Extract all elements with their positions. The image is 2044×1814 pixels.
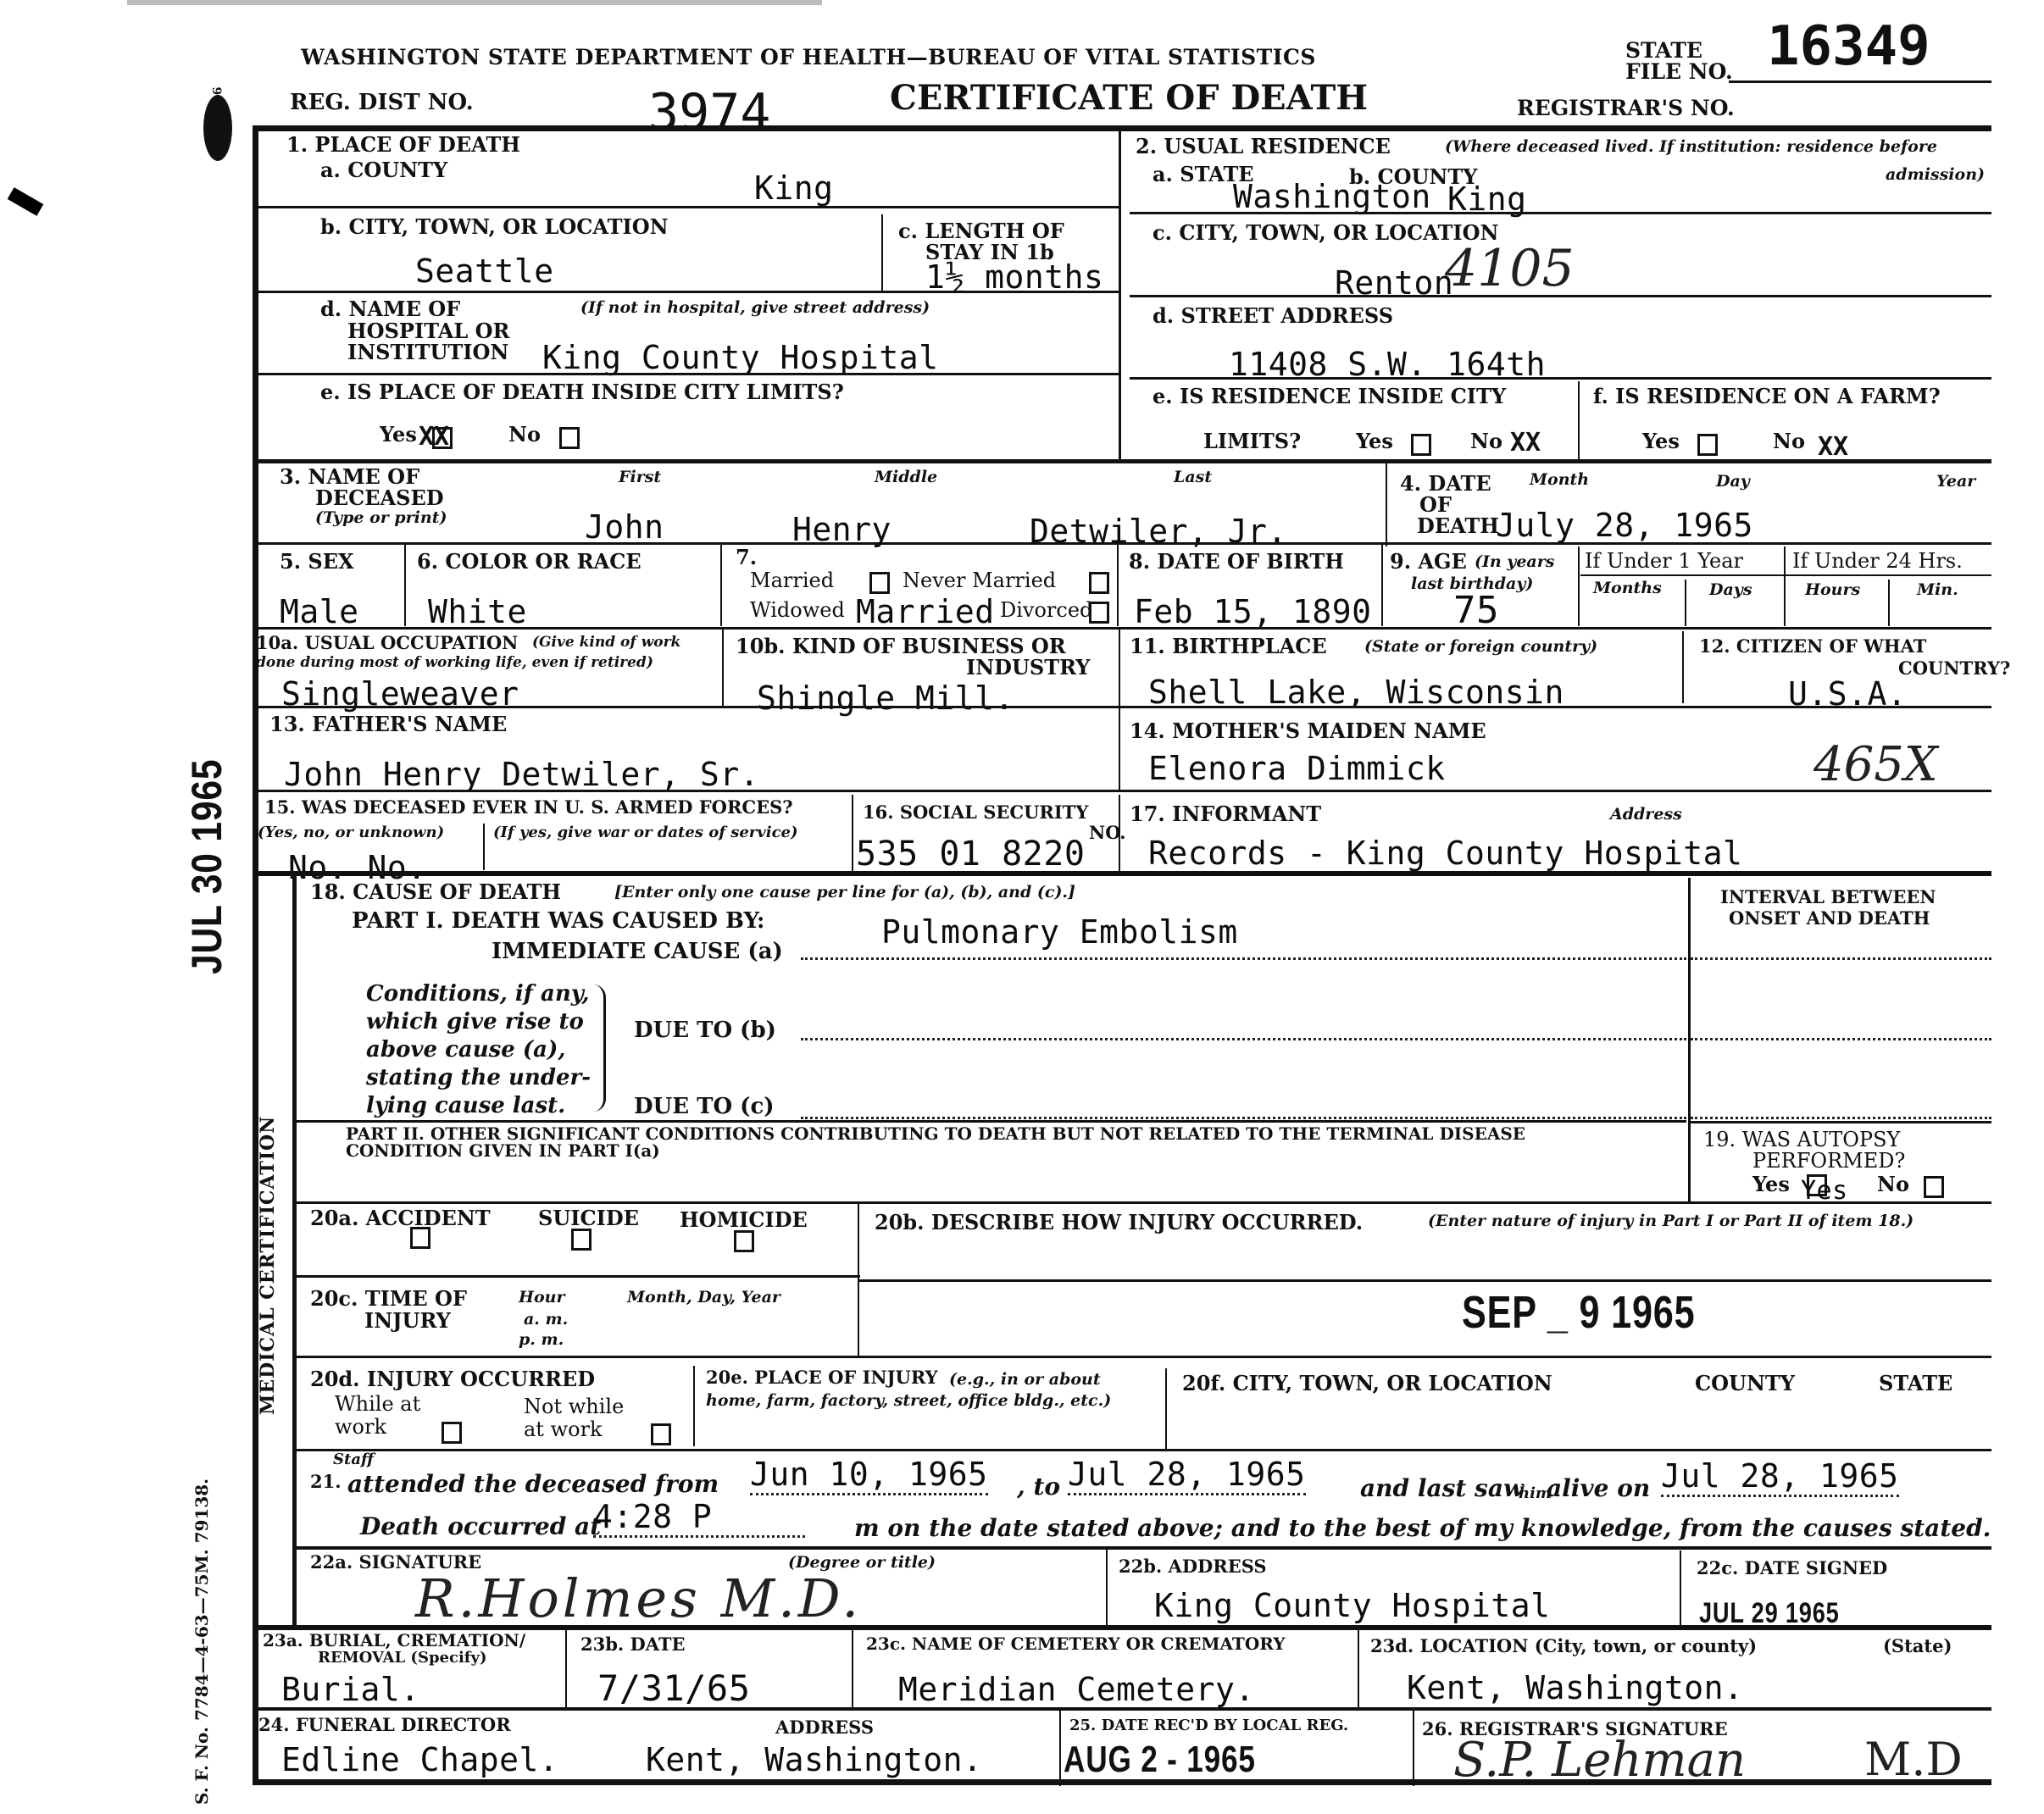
while-work-checkbox[interactable] [442, 1422, 462, 1444]
occupation-hint-2: done during most of working life, even i… [256, 654, 653, 671]
director-address-label: ADDRESS [775, 1718, 874, 1737]
rule [254, 206, 1119, 208]
hospital-hint: (If not in hospital, give street address… [580, 298, 930, 317]
race-label: 6. COLOR OR RACE [417, 551, 642, 572]
immediate-cause-value[interactable]: Pulmonary Embolism [881, 913, 1238, 951]
armed-forces-label: 15. WAS DECEASED EVER IN U. S. ARMED FOR… [264, 798, 793, 817]
suicide-label: SUICIDE [538, 1207, 639, 1229]
rule [1130, 295, 1991, 297]
rule [720, 544, 722, 626]
city-limits-label: e. IS PLACE OF DEATH INSIDE CITY LIMITS? [320, 381, 844, 402]
rule [297, 1546, 1991, 1550]
year-label: Year [1936, 472, 1975, 491]
burial-state-label: (State) [1883, 1637, 1952, 1656]
form-header: WASHINGTON STATE DEPARTMENT OF HEALTH—BU… [0, 0, 2044, 127]
ssn-label-2: NO. [1089, 824, 1126, 842]
death-city-value[interactable]: Seattle [415, 252, 554, 290]
last-saw-text: and last saw [1360, 1474, 1524, 1502]
hospital-label-1: d. NAME OF [320, 298, 460, 319]
name-label-2: DECEASED [315, 487, 444, 508]
time-label-2: INJURY [364, 1310, 451, 1331]
rule [1386, 462, 1387, 546]
under-24-hrs-label: If Under 24 Hrs. [1792, 551, 1963, 572]
res-inside-no-mark[interactable]: XX [1510, 428, 1541, 458]
attended-to-value[interactable]: Jul 28, 1965 [1068, 1456, 1306, 1495]
conditions-line: which give rise to [366, 1009, 591, 1037]
citizen-label-1: 12. CITIZEN OF WHAT [1699, 637, 1926, 656]
dob-value[interactable]: Feb 15, 1890 [1134, 593, 1372, 630]
agency-name: WASHINGTON STATE DEPARTMENT OF HEALTH—BU… [301, 47, 1316, 69]
res-inside-yes-checkbox[interactable] [1411, 434, 1431, 456]
physician-signature[interactable]: R.Holmes M.D. [415, 1567, 862, 1629]
mother-label: 14. MOTHER'S MAIDEN NAME [1130, 720, 1486, 741]
hospital-label-2: HOSPITAL OR [347, 320, 509, 341]
rule [565, 1628, 567, 1709]
min-label: Min. [1917, 580, 1958, 599]
am-label: a. m. [524, 1310, 568, 1329]
under-1-year-label: If Under 1 Year [1585, 551, 1743, 572]
rule [297, 1356, 1991, 1358]
birthplace-label: 11. BIRTHPLACE [1130, 635, 1327, 657]
rule [1685, 580, 1686, 626]
business-label-1: 10b. KIND OF BUSINESS OR [736, 635, 1066, 657]
city-limits-yes-mark: XX [419, 422, 449, 452]
residence-hint-1: (Where deceased lived. If institution: r… [1445, 137, 1937, 156]
rule [859, 1279, 1991, 1282]
autopsy-label-1: 19. WAS AUTOPSY [1703, 1129, 1900, 1151]
business-label-2: INDUSTRY [966, 657, 1090, 678]
conditions-line: Conditions, if any, [366, 981, 591, 1009]
sex-label: 5. SEX [280, 551, 354, 572]
rule [1117, 544, 1119, 626]
county-label: a. COUNTY [320, 159, 447, 180]
res-city-handwritten: 4105 [1445, 239, 1575, 298]
city-limits-no-checkbox[interactable] [559, 427, 580, 449]
cemetery-label: 23c. NAME OF CEMETERY OR CREMATORY [866, 1635, 1286, 1653]
age-label: 9. AGE [1390, 551, 1467, 572]
armed-hint-1: (Yes, no, or unknown) [258, 824, 444, 841]
father-value[interactable]: John Henry Detwiler, Sr. [284, 756, 759, 793]
rule [254, 373, 1119, 375]
first-name-value[interactable]: John [585, 508, 664, 546]
rule [254, 1707, 1991, 1711]
injury-county-label: COUNTY [1695, 1373, 1795, 1394]
due-b-label: DUE TO (b) [634, 1019, 776, 1042]
rule [1578, 381, 1580, 462]
rule [254, 706, 1991, 708]
to-text: , to [1017, 1473, 1060, 1501]
mdy-label: Month, Day, Year [627, 1288, 780, 1306]
signature-address-value[interactable]: King County Hospital [1154, 1587, 1551, 1624]
rule [852, 795, 853, 873]
autopsy-label-2: PERFORMED? [1752, 1151, 1905, 1172]
cemetery-value[interactable]: Meridian Cemetery. [898, 1671, 1255, 1708]
autopsy-no-label: No [1877, 1173, 1909, 1195]
received-stamp: SEP _ 9 1965 [1462, 1286, 1695, 1339]
dotted-line-b [801, 1038, 1686, 1040]
name-label-1: 3. NAME OF [280, 466, 419, 487]
rule [1682, 631, 1684, 703]
rule [1680, 1550, 1681, 1627]
rule [1059, 1710, 1061, 1786]
mother-handwritten: 465X [1813, 737, 1938, 792]
marital-option-never: Never Married [903, 570, 1056, 591]
occurred-label: 20d. INJURY OCCURRED [310, 1368, 595, 1390]
describe-label: 20b. DESCRIBE HOW INJURY OCCURRED. [875, 1212, 1363, 1233]
rule [1106, 1549, 1108, 1627]
attended-text: attended the deceased from [347, 1470, 719, 1498]
rule [852, 1628, 853, 1709]
ssn-value[interactable]: 535 01 8220 [856, 835, 1085, 874]
dotted-line-interval-b [1691, 1038, 1991, 1040]
rule [1381, 544, 1383, 626]
date-received-value[interactable]: AUG 2 - 1965 [1064, 1739, 1256, 1781]
marital-option-widowed: Widowed [750, 600, 845, 621]
birthplace-hint: (State or foreign country) [1364, 637, 1597, 656]
burial-method-label-1: 23a. BURIAL, CREMATION/ [263, 1632, 525, 1650]
burial-method-value[interactable]: Burial. [281, 1671, 420, 1708]
res-street-label: d. STREET ADDRESS [1153, 305, 1393, 326]
due-c-label: DUE TO (c) [634, 1096, 775, 1118]
rule-heavy [253, 1779, 1991, 1785]
father-label: 13. FATHER'S NAME [269, 713, 507, 735]
rule [1119, 629, 1120, 707]
city-limits-no-label: No [508, 424, 541, 445]
rule [254, 790, 1991, 792]
dotted-line-interval-a [1691, 957, 1991, 960]
res-farm-no-mark[interactable]: XX [1818, 432, 1848, 462]
rule [1688, 878, 1691, 1204]
hours-label: Hours [1805, 580, 1860, 599]
res-inside-no-label: No [1470, 430, 1502, 452]
medical-left-border [292, 874, 297, 1627]
describe-hint: (Enter nature of injury in Part I or Par… [1428, 1212, 1913, 1230]
part1-label: PART I. DEATH WAS CAUSED BY: [352, 910, 764, 933]
while-work-label-2: work [335, 1417, 386, 1438]
certification-text: m on the date stated above; and to the b… [854, 1514, 1991, 1542]
rule [1580, 574, 1991, 576]
occupation-label: 10a. USUAL OCCUPATION [256, 634, 518, 652]
not-while-label-1: Not while [524, 1396, 624, 1417]
injury-state-label: STATE [1879, 1373, 1952, 1394]
funeral-director-label: 24. FUNERAL DIRECTOR [258, 1716, 511, 1734]
rule [1691, 1121, 1991, 1123]
res-inside-city-label-1: e. IS RESIDENCE INSIDE CITY [1153, 386, 1506, 407]
middle-label: Middle [875, 468, 937, 486]
dod-label-2: OF [1419, 494, 1452, 515]
rule [483, 824, 485, 870]
homicide-label: HOMICIDE [680, 1209, 808, 1230]
hour-label: Hour [519, 1288, 564, 1306]
part2-label-2: CONDITION GIVEN IN PART I(a) [346, 1142, 660, 1160]
age-hint-1: (In years [1475, 552, 1554, 571]
dotted-line-c [801, 1117, 1686, 1119]
dod-label-1: 4. DATE [1400, 473, 1491, 494]
received-date-stamp: JUL 30 1965 [182, 759, 231, 974]
sex-value[interactable]: Male [280, 593, 359, 630]
rule [693, 1366, 695, 1446]
form-top-border [253, 125, 1991, 131]
hospital-label-3: INSTITUTION [347, 341, 508, 363]
state-file-underline [1729, 80, 1991, 83]
res-inside-yes-label: Yes [1356, 430, 1393, 452]
certificate-title: CERTIFICATE OF DEATH [890, 80, 1368, 116]
conditions-line: above cause (a), [366, 1037, 591, 1065]
conditions-line: lying cause last. [366, 1093, 591, 1121]
last-label: Last [1174, 468, 1212, 486]
rule [254, 542, 1991, 545]
occupation-hint-1: (Give kind of work [532, 634, 680, 651]
burial-location-label: 23d. LOCATION (City, town, or county) [1370, 1637, 1757, 1656]
marital-option-married: Married [750, 570, 834, 591]
rule [1165, 1368, 1167, 1449]
conditions-line: stating the under- [366, 1065, 591, 1093]
medical-certification-label: MEDICAL CERTIFICATION [258, 1116, 278, 1415]
death-county-value[interactable]: King [754, 169, 834, 207]
dotted-line-interval-c [1691, 1117, 1991, 1119]
conditions-block: Conditions, if any, which give rise to a… [366, 981, 591, 1121]
divorced-checkbox[interactable] [1089, 602, 1109, 624]
rule [404, 544, 406, 626]
city-limits-yes-label: Yes [380, 424, 417, 445]
dotted-line-a [801, 957, 1686, 960]
informant-label: 17. INFORMANT [1130, 803, 1321, 824]
brace [593, 985, 606, 1112]
cause-hint: [Enter only one cause per line for (a), … [614, 883, 1075, 901]
day-label: Day [1716, 472, 1750, 491]
rule [1130, 212, 1991, 214]
res-inside-city-label-2: LIMITS? [1203, 430, 1301, 452]
rule [1784, 546, 1786, 626]
res-farm-yes-label: Yes [1642, 430, 1680, 452]
mother-value[interactable]: Elenora Dimmick [1148, 750, 1446, 787]
not-while-label-2: at work [524, 1419, 603, 1440]
registrars-no-label: REGISTRAR'S NO. [1517, 97, 1735, 119]
rule [1413, 1710, 1414, 1786]
homicide-checkbox[interactable] [734, 1230, 754, 1252]
signature-address-label: 22b. ADDRESS [1119, 1557, 1267, 1576]
scan-mark [8, 187, 44, 216]
death-time-value[interactable]: 4:28 P [593, 1498, 805, 1538]
accident-label: 20a. ACCIDENT [310, 1207, 491, 1229]
suicide-checkbox[interactable] [571, 1229, 592, 1251]
place-hint-1: (e.g., in or about [949, 1370, 1101, 1389]
rule [297, 1275, 860, 1278]
place-label: 20e. PLACE OF INJURY [706, 1368, 938, 1387]
months-label: Months [1593, 579, 1662, 597]
autopsy-no-checkbox[interactable] [1924, 1176, 1944, 1198]
interval-label-1: INTERVAL BETWEEN [1720, 888, 1936, 907]
marital-option-divorced: Divorced [1000, 600, 1092, 621]
name-label-3: (Type or print) [315, 508, 447, 527]
rule [297, 1449, 1991, 1451]
immediate-label: IMMEDIATE CAUSE (a) [492, 940, 783, 963]
rule-heavy [254, 459, 1991, 463]
death-at-text: Death occurred at [360, 1512, 601, 1540]
age-value[interactable]: 75 [1453, 589, 1499, 632]
item-21-number: 21. [310, 1473, 342, 1491]
dob-label: 8. DATE OF BIRTH [1129, 551, 1344, 572]
burial-location-value[interactable]: Kent, Washington. [1407, 1669, 1743, 1706]
informant-address-label: Address [1610, 805, 1682, 824]
rule [722, 629, 724, 707]
ssn-label: 16. SOCIAL SECURITY [863, 803, 1088, 822]
time-label-1: 20c. TIME OF [310, 1288, 467, 1309]
place-hint-2: home, farm, factory, street, office bldg… [706, 1391, 1111, 1410]
injury-city-label: 20f. CITY, TOWN, OR LOCATION [1182, 1373, 1552, 1394]
never-married-checkbox[interactable] [1089, 572, 1109, 594]
burial-date-label: 23b. DATE [580, 1635, 686, 1654]
race-value[interactable]: White [428, 593, 527, 630]
rule [1130, 377, 1991, 380]
burial-method-label-2: REMOVAL (Specify) [318, 1650, 487, 1667]
rule [881, 214, 883, 291]
cause-label: 18. CAUSE OF DEATH [310, 881, 561, 902]
res-farm-yes-checkbox[interactable] [1697, 434, 1718, 456]
rule [1119, 795, 1120, 873]
rule [1578, 546, 1580, 626]
marital-status-value[interactable]: Married [856, 593, 995, 630]
rule [1888, 580, 1890, 626]
month-label: Month [1530, 470, 1589, 489]
first-label: First [619, 468, 661, 486]
citizen-label-2: COUNTRY? [1898, 659, 2010, 678]
hospital-value[interactable]: King County Hospital [542, 339, 939, 376]
rule [254, 627, 1991, 630]
alive-text: alive on [1547, 1474, 1650, 1502]
state-file-label-2: FILE NO. [1625, 61, 1733, 83]
rule [297, 1120, 1686, 1123]
date-received-label: 25. DATE REC'D BY LOCAL REG. [1069, 1718, 1348, 1734]
dod-label-3: DEATH [1417, 515, 1499, 536]
place-of-death-label: 1. PLACE OF DEATH [286, 134, 520, 155]
stay-label-1: c. LENGTH OF [898, 220, 1064, 241]
director-address-value[interactable]: Kent, Washington. [646, 1741, 982, 1778]
registrar-title: M.D [1864, 1733, 1963, 1786]
last-saw-alive-value[interactable]: Jul 28, 1965 [1661, 1457, 1899, 1497]
armed-hint-2: (If yes, give war or dates of service) [493, 824, 798, 841]
residence-hint-2: admission) [1886, 165, 1985, 184]
business-value[interactable]: Shingle Mill. [757, 680, 1014, 717]
attended-from-value[interactable]: Jun 10, 1965 [750, 1456, 988, 1495]
staff-annotation: Staff [333, 1451, 374, 1468]
residence-label: 2. USUAL RESIDENCE [1136, 136, 1391, 157]
days-label: Days [1709, 580, 1752, 599]
res-farm-no-label: No [1773, 430, 1805, 452]
accident-checkbox[interactable] [410, 1227, 430, 1249]
married-checkbox[interactable] [869, 572, 890, 594]
divider-1-2 [1119, 129, 1121, 459]
interval-label-2: ONSET AND DEATH [1729, 909, 1930, 928]
reg-dist-label: REG. DIST NO. [290, 92, 474, 114]
reg-dist-number: 3974 [648, 83, 771, 142]
marital-label: 7. [736, 546, 757, 568]
funeral-director-value[interactable]: Edline Chapel. [281, 1741, 558, 1778]
not-while-checkbox[interactable] [651, 1423, 671, 1445]
res-farm-label: f. IS RESIDENCE ON A FARM? [1593, 386, 1941, 407]
rule [254, 291, 1119, 293]
rule [1358, 1628, 1359, 1709]
rule [858, 1201, 859, 1356]
rule [1119, 708, 1120, 790]
date-signed-label: 22c. DATE SIGNED [1697, 1559, 1887, 1578]
form-number: S. F. No. 7784—4-63—75M. 79138. [193, 1478, 211, 1805]
while-work-label-1: While at [335, 1394, 420, 1415]
city-label: b. CITY, TOWN, OR LOCATION [320, 216, 669, 237]
rule [297, 1201, 1991, 1204]
informant-value[interactable]: Records - King County Hospital [1148, 835, 1742, 872]
date-of-death-value[interactable]: July 28, 1965 [1496, 507, 1753, 544]
pm-label: p. m. [519, 1330, 564, 1349]
state-file-number: 16349 [1767, 15, 1930, 78]
burial-date-value[interactable]: 7/31/65 [597, 1667, 751, 1709]
autopsy-yes-label: Yes [1752, 1173, 1790, 1195]
rule-heavy [254, 871, 1991, 876]
